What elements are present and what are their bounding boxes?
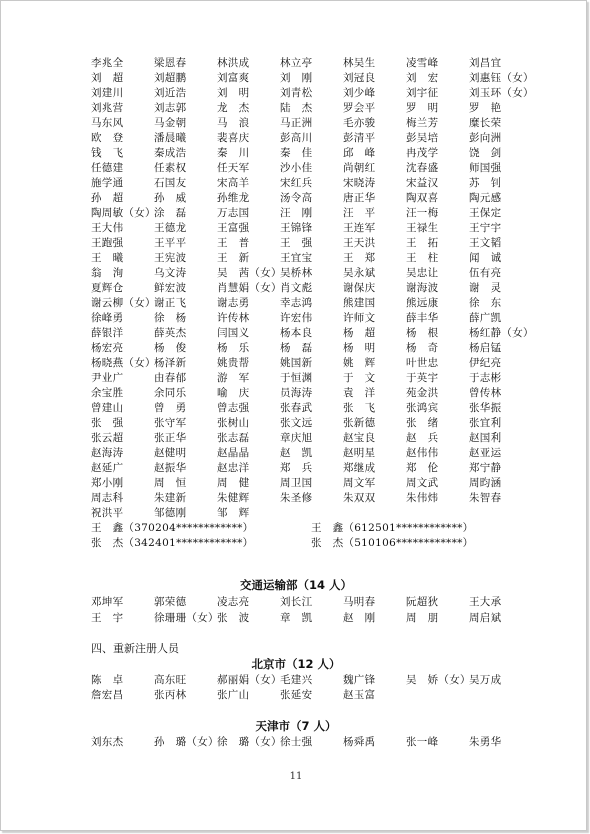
name-cell: 赵明星 — [343, 446, 375, 460]
name-cell: 赵延广 — [91, 461, 123, 475]
name-cell: 马明春 — [343, 595, 375, 609]
name-cell: 凌志亮 — [217, 595, 249, 609]
name-cell: 吴 娇（女） — [406, 673, 471, 687]
name-cell: 沙小佳 — [280, 161, 312, 175]
name-cell: 宋高羊 — [217, 176, 249, 190]
name-cell: 郭荣德 — [154, 595, 186, 609]
name-cell: 杨泽新 — [154, 356, 186, 370]
name-cell: 潘晨曦 — [154, 131, 186, 145]
name-cell: 孙维龙 — [217, 191, 249, 205]
name-cell: 吴桥林 — [280, 266, 312, 280]
name-cell: 魏广锋 — [343, 673, 375, 687]
name-cell: 刘惠钰（女） — [469, 71, 534, 85]
name-cell: 苑金洪 — [406, 386, 438, 400]
name-cell: 王宪波 — [154, 251, 186, 265]
name-with-id: 王 鑫（612501************） — [311, 521, 473, 535]
name-cell: 王 柱 — [406, 251, 438, 265]
name-cell: 于志彬 — [469, 371, 501, 385]
name-cell: 王德龙 — [154, 221, 186, 235]
name-cell: 钱 飞 — [91, 146, 123, 160]
name-cell: 石国友 — [154, 176, 186, 190]
name-cell: 周启斌 — [469, 611, 501, 625]
name-cell: 刘青松 — [280, 86, 312, 100]
name-cell: 汤令高 — [280, 191, 312, 205]
name-cell: 于英宇 — [406, 371, 438, 385]
name-cell: 赵宝良 — [343, 431, 375, 445]
name-cell: 熊建国 — [343, 296, 375, 310]
name-cell: 凌雪峰 — [406, 56, 438, 70]
name-cell: 薛广凯 — [469, 311, 501, 325]
name-with-id: 王 鑫（370204************） — [91, 521, 253, 535]
name-cell: 高东旺 — [154, 673, 186, 687]
name-cell: 刘玉环（女） — [469, 86, 534, 100]
name-cell: 杨启锰 — [469, 341, 501, 355]
name-cell: 赵国利 — [469, 431, 501, 445]
name-cell: 刘昌宜 — [469, 56, 501, 70]
name-cell: 陆 杰 — [280, 101, 312, 115]
name-cell: 谢志勇 — [217, 296, 249, 310]
name-cell: 曾建山 — [91, 401, 123, 415]
name-cell: 裴喜庆 — [217, 131, 249, 145]
name-cell: 李兆全 — [91, 56, 123, 70]
name-cell: 姚 辉 — [343, 356, 375, 370]
name-cell: 阮超狄 — [406, 595, 438, 609]
name-cell: 周文武 — [406, 476, 438, 490]
name-cell: 王大承 — [469, 595, 501, 609]
name-with-id: 张 杰（342401************） — [91, 536, 253, 550]
name-cell: 徐士强 — [280, 735, 312, 749]
name-cell: 吴万成 — [469, 673, 501, 687]
name-cell: 陶双喜 — [406, 191, 438, 205]
name-cell: 马东风 — [91, 116, 123, 130]
name-cell: 杨舜禹 — [343, 735, 375, 749]
name-cell: 张正华 — [154, 431, 186, 445]
name-cell: 周 恒 — [154, 476, 186, 490]
name-cell: 杨 明 — [343, 341, 375, 355]
name-cell: 宋晓涛 — [343, 176, 375, 190]
name-cell: 郑小刚 — [91, 476, 123, 490]
name-cell: 张文远 — [280, 416, 312, 430]
name-cell: 章庆旭 — [280, 431, 312, 445]
name-cell: 任素权 — [154, 161, 186, 175]
name-cell: 朱健辉 — [217, 491, 249, 505]
name-cell: 王 普 — [217, 236, 249, 250]
name-cell: 刘 宏 — [406, 71, 438, 85]
name-cell: 杨 根 — [406, 326, 438, 340]
name-cell: 张广山 — [217, 688, 249, 702]
name-cell: 孙 威 — [154, 191, 186, 205]
name-cell: 赵 刚 — [343, 611, 375, 625]
name-cell: 袁 洋 — [343, 386, 375, 400]
name-cell: 王保定 — [469, 206, 501, 220]
name-cell: 毛亦骏 — [343, 116, 375, 130]
beijing-heading: 北京市（12 人） — [1, 656, 590, 672]
name-cell: 张延安 — [280, 688, 312, 702]
name-cell: 许师文 — [343, 311, 375, 325]
name-cell: 张守军 — [154, 416, 186, 430]
name-cell: 宋红兵 — [280, 176, 312, 190]
name-cell: 王 曦 — [91, 251, 123, 265]
name-cell: 肖文彪 — [280, 281, 312, 295]
name-cell: 王宁宇 — [469, 221, 501, 235]
name-cell: 杨宏亮 — [91, 341, 123, 355]
name-cell: 郑继成 — [343, 461, 375, 475]
name-cell: 余宝胜 — [91, 386, 123, 400]
name-cell: 伍有亮 — [469, 266, 501, 280]
name-cell: 陈 卓 — [91, 673, 123, 687]
name-cell: 马金朝 — [154, 116, 186, 130]
name-cell: 张树山 — [217, 416, 249, 430]
name-cell: 罗 明 — [406, 101, 438, 115]
name-cell: 郑宁静 — [469, 461, 501, 475]
name-cell: 龙 杰 — [217, 101, 249, 115]
section-title: 四、重新注册人员 — [91, 641, 179, 657]
name-cell: 吴忠让 — [406, 266, 438, 280]
name-cell: 苏 钊 — [469, 176, 501, 190]
name-cell: 赵玉富 — [343, 688, 375, 702]
name-cell: 谢云柳（女） — [91, 296, 156, 310]
name-cell: 刘长江 — [280, 595, 312, 609]
name-cell: 游 军 — [217, 371, 249, 385]
name-cell: 周 朋 — [406, 611, 438, 625]
name-with-id: 张 杰（510106************） — [311, 536, 473, 550]
name-cell: 邹德刚 — [154, 506, 186, 520]
name-cell: 刘少峰 — [343, 86, 375, 100]
name-cell: 赵振华 — [154, 461, 186, 475]
name-cell: 梅兰芳 — [406, 116, 438, 130]
name-cell: 于恒渊 — [280, 371, 312, 385]
name-cell: 伊纪亮 — [469, 356, 501, 370]
name-cell: 王天洪 — [343, 236, 375, 250]
name-cell: 王平平 — [154, 236, 186, 250]
name-cell: 赵 兵 — [406, 431, 438, 445]
name-cell: 周 健 — [217, 476, 249, 490]
name-cell: 徐 东 — [469, 296, 501, 310]
name-cell: 杨 超 — [343, 326, 375, 340]
name-cell: 祝洪平 — [91, 506, 123, 520]
name-cell: 沈春盛 — [406, 161, 438, 175]
tianjin-heading: 天津市（7 人） — [1, 718, 590, 734]
name-cell: 王连军 — [343, 221, 375, 235]
name-cell: 王 宇 — [91, 611, 123, 625]
name-cell: 肖慧娟（女） — [217, 281, 282, 295]
name-cell: 秦 川 — [217, 146, 249, 160]
name-cell: 吴 茜（女） — [217, 266, 282, 280]
name-cell: 杨 奇 — [406, 341, 438, 355]
name-cell: 涂 磊 — [154, 206, 186, 220]
name-cell: 周志科 — [91, 491, 123, 505]
name-cell: 杨 磊 — [280, 341, 312, 355]
name-cell: 鲜宏波 — [154, 281, 186, 295]
name-cell: 王富强 — [217, 221, 249, 235]
name-cell: 周昀涵 — [469, 476, 501, 490]
name-cell: 周卫国 — [280, 476, 312, 490]
name-cell: 王 强 — [280, 236, 312, 250]
name-cell: 徐 杨 — [154, 311, 186, 325]
name-cell: 朱建新 — [154, 491, 186, 505]
name-cell: 汪 平 — [343, 206, 375, 220]
name-cell: 徐 璐（女） — [217, 735, 282, 749]
name-cell: 张 强 — [91, 416, 123, 430]
name-cell: 赵忠洋 — [217, 461, 249, 475]
name-cell: 孙 超 — [91, 191, 123, 205]
name-cell: 张春武 — [280, 401, 312, 415]
name-cell: 朱勇华 — [469, 735, 501, 749]
name-cell: 薛丰华 — [406, 311, 438, 325]
name-cell: 张一峰 — [406, 735, 438, 749]
name-cell: 赵亚运 — [469, 446, 501, 460]
name-cell: 周文军 — [343, 476, 375, 490]
name-cell: 张云超 — [91, 431, 123, 445]
name-cell: 张鸿宾 — [406, 401, 438, 415]
name-cell: 谢海波 — [406, 281, 438, 295]
transport-heading: 交通运输部（14 人） — [1, 577, 590, 593]
name-cell: 薛银洋 — [91, 326, 123, 340]
name-cell: 曾传林 — [469, 386, 501, 400]
name-cell: 孙 璐（女） — [154, 735, 219, 749]
name-cell: 宋益汉 — [406, 176, 438, 190]
name-cell: 张志磊 — [217, 431, 249, 445]
name-cell: 王 新 — [217, 251, 249, 265]
name-cell: 薛英杰 — [154, 326, 186, 340]
name-cell: 罗会平 — [343, 101, 375, 115]
name-cell: 彭向洲 — [469, 131, 501, 145]
name-cell: 林立亭 — [280, 56, 312, 70]
name-cell: 闫国义 — [217, 326, 249, 340]
name-cell: 万志国 — [217, 206, 249, 220]
name-cell: 谢正飞 — [154, 296, 186, 310]
name-cell: 刘超鹏 — [154, 71, 186, 85]
name-cell: 夏辉仓 — [91, 281, 123, 295]
name-cell: 谢保庆 — [343, 281, 375, 295]
name-cell: 由春郁 — [154, 371, 186, 385]
name-cell: 刘宇征 — [406, 86, 438, 100]
name-cell: 熊远康 — [406, 296, 438, 310]
name-cell: 尹业广 — [91, 371, 123, 385]
name-cell: 刘近浩 — [154, 86, 186, 100]
name-cell: 师国强 — [469, 161, 501, 175]
name-cell: 彭高川 — [280, 131, 312, 145]
name-cell: 张宜利 — [469, 416, 501, 430]
name-cell: 余同乐 — [154, 386, 186, 400]
name-cell: 杨 俊 — [154, 341, 186, 355]
name-cell: 刘富爽 — [217, 71, 249, 85]
name-cell: 尚朝红 — [343, 161, 375, 175]
name-cell: 朱双双 — [343, 491, 375, 505]
name-cell: 张 绪 — [406, 416, 438, 430]
name-cell: 糜长荣 — [469, 116, 501, 130]
name-cell: 王禄生 — [406, 221, 438, 235]
name-cell: 刘兆营 — [91, 101, 123, 115]
name-cell: 王 拓 — [406, 236, 438, 250]
name-cell: 汪一梅 — [406, 206, 438, 220]
name-cell: 张丙林 — [154, 688, 186, 702]
name-cell: 王跑强 — [91, 236, 123, 250]
name-cell: 赵海涛 — [91, 446, 123, 460]
name-cell: 徐峰勇 — [91, 311, 123, 325]
name-cell: 王锦锋 — [280, 221, 312, 235]
name-cell: 彭清平 — [343, 131, 375, 145]
name-cell: 王文韬 — [469, 236, 501, 250]
name-cell: 姚贵帮 — [217, 356, 249, 370]
page-number: 11 — [1, 771, 590, 782]
name-cell: 冉茂学 — [406, 146, 438, 160]
name-cell: 许传林 — [217, 311, 249, 325]
name-cell: 徐珊珊（女） — [154, 611, 219, 625]
name-cell: 姚国新 — [280, 356, 312, 370]
name-cell: 翁 洵 — [91, 266, 123, 280]
name-cell: 任德建 — [91, 161, 123, 175]
name-cell: 刘冠良 — [343, 71, 375, 85]
name-cell: 于 文 — [343, 371, 375, 385]
name-cell: 朱智春 — [469, 491, 501, 505]
name-cell: 张新德 — [343, 416, 375, 430]
name-cell: 秦成浩 — [154, 146, 186, 160]
name-cell: 曾志强 — [217, 401, 249, 415]
name-cell: 欧 登 — [91, 131, 123, 145]
name-cell: 郝丽娟（女） — [217, 673, 282, 687]
name-cell: 刘志郭 — [154, 101, 186, 115]
name-cell: 林吴生 — [343, 56, 375, 70]
name-cell: 邹 辉 — [217, 506, 249, 520]
name-cell: 乌文涛 — [154, 266, 186, 280]
name-cell: 马正洲 — [280, 116, 312, 130]
name-cell: 张 飞 — [343, 401, 375, 415]
name-cell: 郑 伦 — [406, 461, 438, 475]
name-cell: 杨红静（女） — [469, 326, 534, 340]
name-cell: 施学通 — [91, 176, 123, 190]
name-cell: 刘 刚 — [280, 71, 312, 85]
name-cell: 邱 峰 — [343, 146, 375, 160]
name-cell: 秦 佳 — [280, 146, 312, 160]
name-cell: 谢 灵 — [469, 281, 501, 295]
name-cell: 刘 明 — [217, 86, 249, 100]
name-cell: 郑 兵 — [280, 461, 312, 475]
name-cell: 喻 庆 — [217, 386, 249, 400]
name-cell: 刘 超 — [91, 71, 123, 85]
name-cell: 林洪成 — [217, 56, 249, 70]
name-cell: 吴永斌 — [343, 266, 375, 280]
name-cell: 朱圣修 — [280, 491, 312, 505]
name-cell: 杨晓燕（女） — [91, 356, 156, 370]
name-cell: 唐正华 — [343, 191, 375, 205]
name-cell: 詹宏昌 — [91, 688, 123, 702]
name-cell: 张华振 — [469, 401, 501, 415]
name-cell: 闻 诚 — [469, 251, 501, 265]
name-cell: 赵晶晶 — [217, 446, 249, 460]
name-cell: 邓坤军 — [91, 595, 123, 609]
name-cell: 任天军 — [217, 161, 249, 175]
name-cell: 王大伟 — [91, 221, 123, 235]
name-cell: 王 郑 — [343, 251, 375, 265]
name-cell: 马 浪 — [217, 116, 249, 130]
name-cell: 章 凯 — [280, 611, 312, 625]
name-cell: 曾 勇 — [154, 401, 186, 415]
document-page: 李兆全梁恩春林洪成林立亭林吴生凌雪峰刘昌宜 刘 超刘超鹏刘富爽刘 刚刘冠良刘 宏… — [0, 0, 587, 831]
name-cell: 赵健明 — [154, 446, 186, 460]
name-cell: 陶周敏（女） — [91, 206, 156, 220]
name-cell: 王宜宝 — [280, 251, 312, 265]
name-cell: 员海涛 — [280, 386, 312, 400]
name-cell: 朱伟炜 — [406, 491, 438, 505]
name-cell: 杨本良 — [280, 326, 312, 340]
name-cell: 杨 乐 — [217, 341, 249, 355]
name-cell: 罗 艳 — [469, 101, 501, 115]
name-cell: 幸志鸿 — [280, 296, 312, 310]
name-cell: 许宏伟 — [280, 311, 312, 325]
name-cell: 张 波 — [217, 611, 249, 625]
name-cell: 饶 剑 — [469, 146, 501, 160]
name-cell: 刘东杰 — [91, 735, 123, 749]
name-cell: 彭吴培 — [406, 131, 438, 145]
name-cell: 梁恩春 — [154, 56, 186, 70]
name-cell: 陶元感 — [469, 191, 501, 205]
name-cell: 刘建川 — [91, 86, 123, 100]
name-cell: 叶世忠 — [406, 356, 438, 370]
name-cell: 赵伟伟 — [406, 446, 438, 460]
name-cell: 赵 凯 — [280, 446, 312, 460]
name-cell: 汪 刚 — [280, 206, 312, 220]
name-cell: 毛建兴 — [280, 673, 312, 687]
